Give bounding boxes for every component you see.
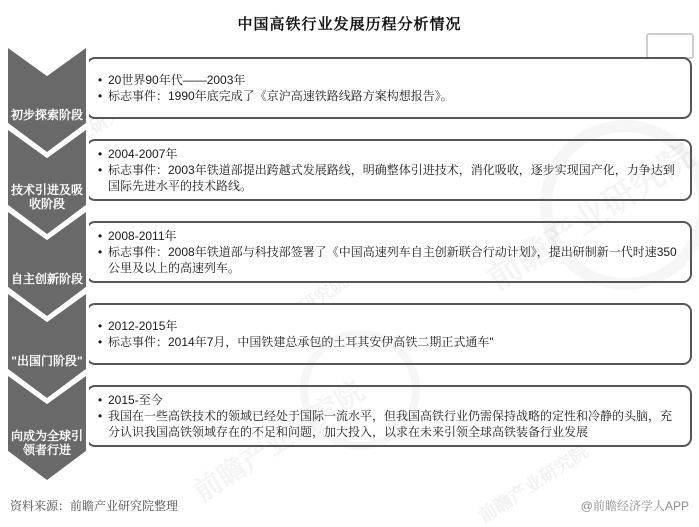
stage-point: 2008-2011年	[97, 228, 682, 244]
watermark-text: 前瞻产业研究院	[473, 438, 593, 527]
stage-point: 我国在一些高铁技术的领域已经处于国际一流水平，但我国高铁行业仍需保持战略的定性和…	[97, 408, 682, 440]
page-title: 中国高铁行业发展历程分析情况	[0, 13, 699, 34]
stage-label: 初步探索阶段	[11, 108, 83, 122]
stage-point: 2012-2015年	[97, 318, 682, 334]
decor-corner-frame	[646, 33, 694, 59]
stage-box-1: 20世界90年代——2003年 标志事件：1990年底完成了《京沪高速铁路线路方…	[86, 57, 692, 119]
stage-points: 2008-2011年 标志事件：2008年铁道部与科技部签署了《中国高速列车自主…	[97, 228, 682, 276]
stage-label: "出国门阶段"	[11, 354, 82, 368]
stage-label: 自主创新阶段	[11, 272, 83, 286]
stage-box-2: 2004-2007年 标志事件：2003年铁道部提出跨越式发展路线，明确整体引进…	[86, 139, 692, 201]
stage-box-5: 2015-至今 我国在一些高铁技术的领域已经处于国际一流水平，但我国高铁行业仍需…	[86, 385, 692, 447]
stage-label: 技术引进及吸 收阶段	[11, 183, 83, 211]
stage-box-4: 2012-2015年 标志事件：2014年7月，中国铁建总承包的土耳其安伊高铁二…	[86, 303, 692, 365]
stage-point: 2015-至今	[97, 392, 682, 408]
stage-chevron-5: 向成为全球引 领者行进	[5, 372, 89, 484]
stage-points: 2015-至今 我国在一些高铁技术的领域已经处于国际一流水平，但我国高铁行业仍需…	[97, 392, 682, 440]
stage-point: 标志事件：2003年铁道部提出跨越式发展路线，明确整体引进技术，消化吸收，逐步实…	[97, 162, 682, 194]
infographic-canvas: 中国高铁行业发展历程分析情况 前瞻产业研究院 前瞻产业研究院 前瞻产业研究院 前…	[0, 0, 699, 527]
stage-point: 标志事件：2014年7月，中国铁建总承包的土耳其安伊高铁二期正式通车"	[97, 334, 682, 350]
stage-points: 2004-2007年 标志事件：2003年铁道部提出跨越式发展路线，明确整体引进…	[97, 146, 682, 194]
stage-box-3: 2008-2011年 标志事件：2008年铁道部与科技部签署了《中国高速列车自主…	[86, 221, 692, 283]
stage-point: 20世界90年代——2003年	[97, 72, 682, 88]
stage-label: 向成为全球引 领者行进	[11, 429, 83, 457]
chevron-shape: 向成为全球引 领者行进	[8, 376, 86, 480]
stage-point: 2004-2007年	[97, 146, 682, 162]
stage-points: 20世界90年代——2003年 标志事件：1990年底完成了《京沪高速铁路线路方…	[97, 72, 682, 104]
stage-points: 2012-2015年 标志事件：2014年7月，中国铁建总承包的土耳其安伊高铁二…	[97, 318, 682, 350]
stage-point: 标志事件：2008年铁道部与科技部签署了《中国高速列车自主创新联合行动计划》，提…	[97, 244, 682, 276]
data-source-note: 资料来源：前瞻产业研究院整理	[10, 497, 178, 514]
stage-point: 标志事件：1990年底完成了《京沪高速铁路线路方案构想报告》。	[97, 88, 682, 104]
publisher-credit: @前瞻经济学人APP	[581, 497, 689, 514]
